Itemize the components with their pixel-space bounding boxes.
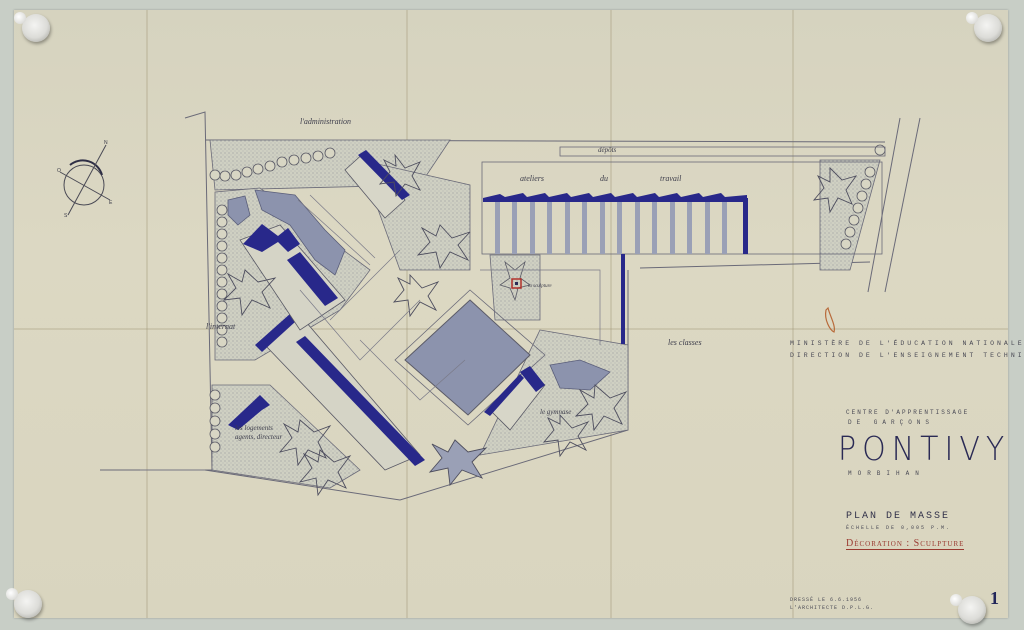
compass-east: E [109,200,112,206]
signature-line-2: L'ARCHITECTE D.P.L.G. [790,605,874,611]
town-title: PONTIVY [838,430,1010,469]
plan-title: PLAN DE MASSE [846,511,950,522]
label-sculpture: la sculpture [528,284,552,289]
compass-north: N [104,140,108,146]
pushpin-bottom-left [14,590,42,618]
signature-line-1: DRESSÉ LE 6.6.1956 [790,597,862,603]
pushpin-top-right [974,14,1002,42]
label-du: du [600,174,608,183]
label-administration: l'administration [300,117,351,126]
pushpin-bottom-right [958,596,986,624]
compass-rose-icon [60,145,110,215]
compass-south: S [64,213,67,219]
section-decoration-sculpture: Décoration : Sculpture [846,538,964,550]
label-logements-1: les logements [235,424,273,432]
label-internat: l'internat [206,322,235,331]
paper-clip-mark [826,308,835,332]
pushpin-top-left [22,14,50,42]
department: MORBIHAN [848,470,925,477]
ministry-line-2: DIRECTION DE L'ENSEIGNEMENT TECHNIQUE [790,352,1024,359]
ministry-line-1: MINISTÈRE DE L'ÉDUCATION NATIONALE [790,340,1024,347]
school-line-1: CENTRE D'APPRENTISSAGE [846,409,969,416]
photo-stage: l'administration dépôts ateliers du trav… [0,0,1024,630]
label-travail: travail [660,174,681,183]
label-ateliers: ateliers [520,174,544,183]
plan-scale: ÉCHELLE DE 0,005 P.M. [846,525,951,531]
label-gymnase: le gymnase [540,408,571,416]
label-depots: dépôts [598,146,616,154]
label-classes: les classes [668,338,702,347]
label-logements-2: agents, directeur [235,433,282,441]
school-line-2: DE GARÇONS [848,419,934,426]
sheet-number: 1 [990,588,999,609]
site-plan-drawing [0,0,1024,630]
compass-west: O [57,168,61,174]
